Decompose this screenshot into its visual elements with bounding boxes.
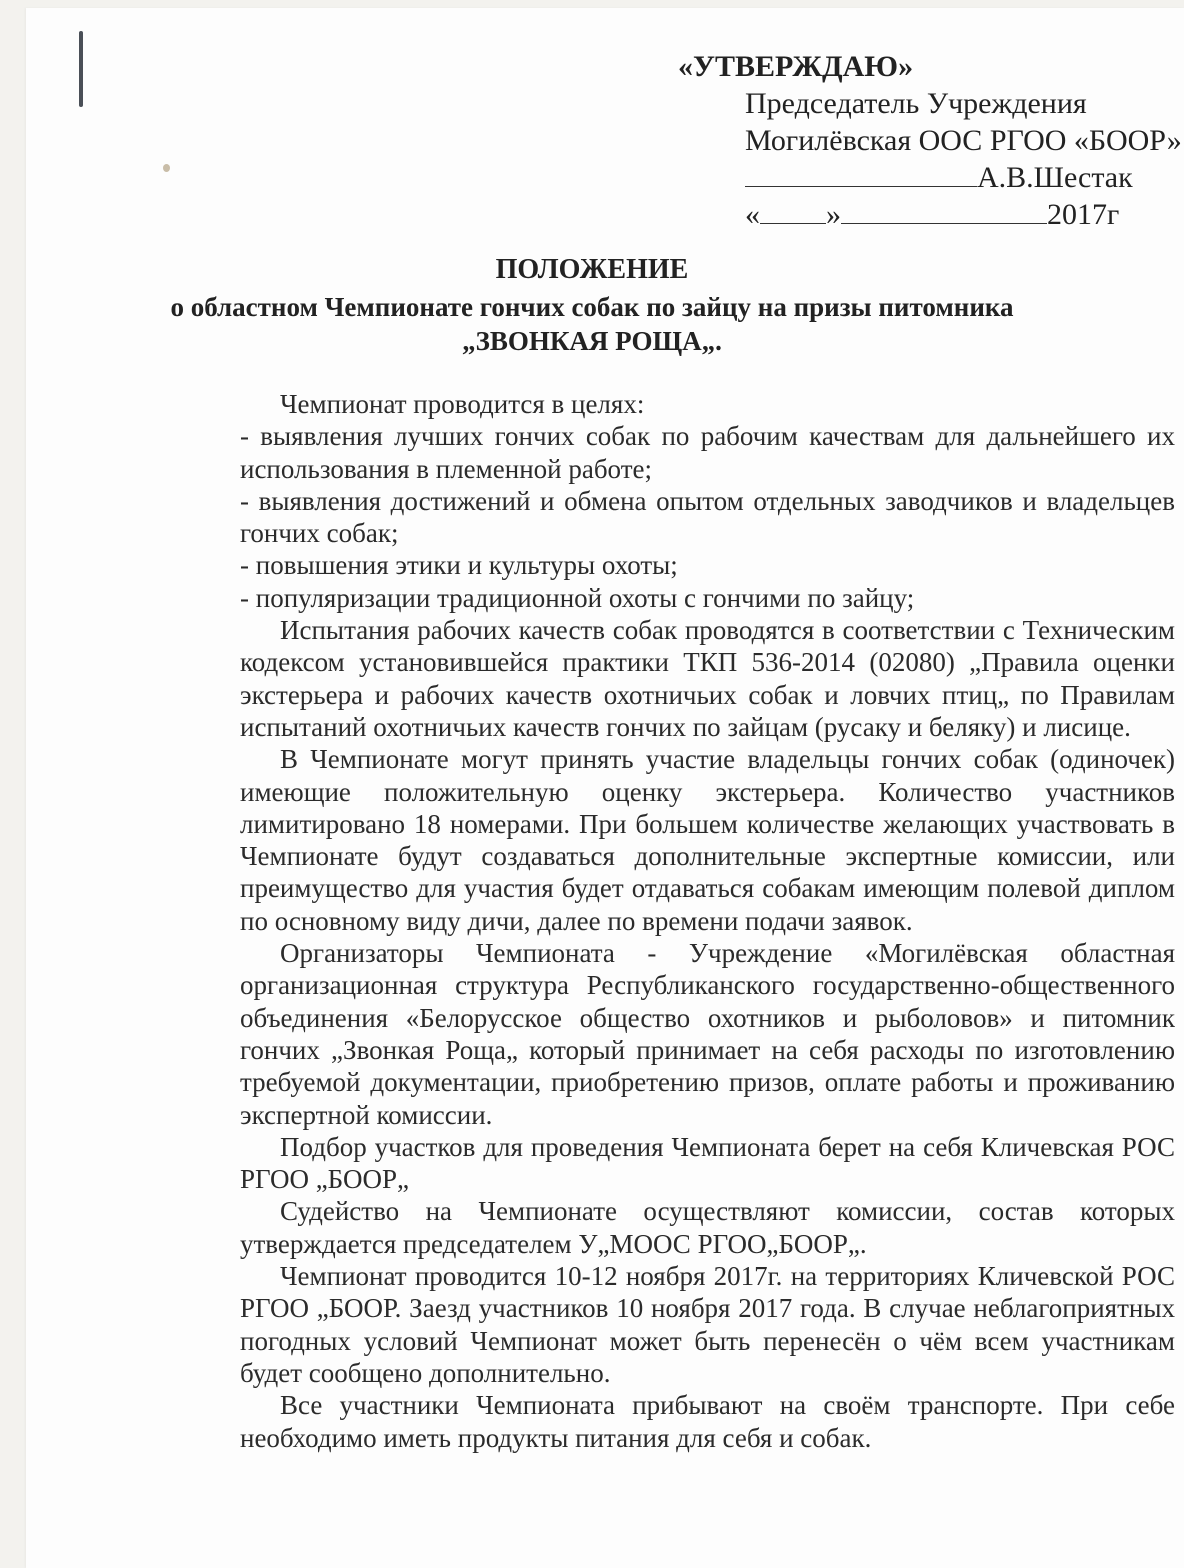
- document-subtitle: о областном Чемпионате гончих собак по з…: [0, 292, 1184, 323]
- approval-signature-line: А.В.Шестак: [745, 159, 1182, 196]
- paragraph-sites: Подбор участков для проведения Чемпионат…: [240, 1131, 1175, 1196]
- day-blank: [760, 199, 826, 224]
- goal-item: - повышения этики и культуры охоты;: [240, 549, 1175, 581]
- date-open-quote: «: [745, 198, 760, 231]
- approval-position: Председатель Учреждения: [745, 85, 1182, 122]
- paragraph-judging: Судейство на Чемпионате осуществляют ком…: [240, 1195, 1175, 1260]
- goal-item: - популяризации традиционной охоты с гон…: [240, 582, 1175, 614]
- approval-organization: Могилёвская ООС РГОО «БООР»: [745, 122, 1182, 159]
- month-blank: [841, 199, 1047, 224]
- date-close-quote: »: [826, 198, 841, 231]
- approval-date-line: «»2017г: [745, 196, 1182, 233]
- binder-clip-mark: [79, 31, 83, 107]
- paragraph-testing-rules: Испытания рабочих качеств собак проводят…: [240, 614, 1175, 743]
- document-body: Чемпионат проводится в целях: - выявлени…: [240, 388, 1175, 1454]
- paragraph-participants: В Чемпионате могут принять участие владе…: [240, 743, 1175, 937]
- approval-signatory: А.В.Шестак: [977, 161, 1133, 194]
- scan-speck: [163, 164, 170, 172]
- approval-year: 2017г: [1047, 198, 1119, 231]
- document-page: «УТВЕРЖДАЮ» Председатель Учреждения Моги…: [26, 8, 1184, 1568]
- approval-heading: «УТВЕРЖДАЮ»: [678, 48, 1182, 85]
- approval-block: «УТВЕРЖДАЮ» Председатель Учреждения Моги…: [678, 48, 1182, 233]
- signature-blank: [745, 162, 977, 187]
- paragraph-transport: Все участники Чемпионата прибывают на св…: [240, 1389, 1175, 1454]
- document-title: ПОЛОЖЕНИЕ: [0, 254, 1184, 286]
- paragraph-organizers: Организаторы Чемпионата - Учреждение «Мо…: [240, 937, 1175, 1131]
- goal-item: - выявления лучших гончих собак по рабоч…: [240, 420, 1175, 485]
- goal-item: - выявления достижений и обмена опытом о…: [240, 485, 1175, 550]
- paragraph-dates: Чемпионат проводится 10-12 ноября 2017г.…: [240, 1260, 1175, 1389]
- goals-intro: Чемпионат проводится в целях:: [240, 388, 1175, 420]
- kennel-name: „ЗВОНКАЯ РОЩА„.: [0, 326, 1184, 357]
